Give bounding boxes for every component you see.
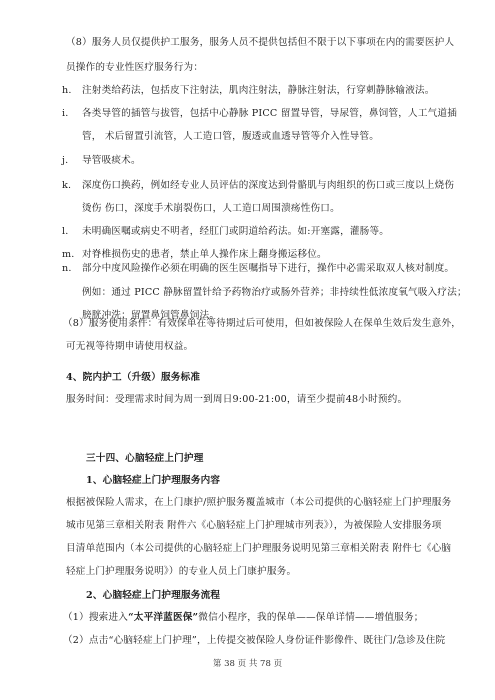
chapter34-sub2-step2: （2）点击“心脑轻症上门护理”，上传提交被保险人身份证件影像件、既往门/急诊及住… xyxy=(63,635,445,647)
list-item-text: 深度伤口换药，例如经专业人员评估的深度达到骨骼肌与肉组织的伤口或三度以上烧伤 xyxy=(82,180,454,192)
list-marker: n. xyxy=(62,263,72,275)
list-marker: m. xyxy=(62,249,75,261)
list-marker: i. xyxy=(62,108,69,120)
list-item-text: 导管吸痰术。 xyxy=(82,155,141,167)
chapter34-sub1-line2: 城市见第三章相关附表 附件六《心脑轻症上门护理城市列表》），为被保险人安排服务项 xyxy=(66,520,442,532)
paragraph-usage-line2: 可无视等待期申请使用权益。 xyxy=(66,341,193,353)
list-item-text: 各类导管的插管与拔管，包括中心静脉 PICC 留置导管，导尿管，鼻饲管，人工气道… xyxy=(82,108,457,120)
step1-prefix: （1）搜索进入 xyxy=(63,612,128,623)
step1-suffix: 微信小程序，我的保单——保单详情——增值服务； xyxy=(198,612,423,623)
list-item-text: 对脊椎损伤史的患者，禁止单人操作床上翻身搬运移位。 xyxy=(82,249,327,261)
list-marker: j. xyxy=(62,155,68,167)
chapter34-sub1-line4: 轻症上门护理服务说明》）的专业人员上门康护服务。 xyxy=(66,566,296,578)
list-item-text: 烫伤 伤口，深度手术崩裂伤口，人工造口周围溃疡性伤口。 xyxy=(82,203,340,215)
chapter34-sub1-line1: 根据被保险人需求，在上门康护/照护服务覆盖城市（本公司提供的心脑轻症上门护理服务 xyxy=(66,497,451,509)
paragraph-service-scope-line1: （8）服务人员仅提供护工服务，服务人员不提供包括但不限于以下事项在内的需要医护人 xyxy=(66,37,454,49)
step1-app-name: “太平洋蓝医保” xyxy=(128,612,198,623)
page-number-footer: 第 38 页 共 78 页 xyxy=(0,657,495,669)
list-marker: k. xyxy=(62,180,71,192)
paragraph-service-scope-line2: 员操作的专业性医疗服务行为： xyxy=(66,62,203,74)
section4-service-time: 服务时间：受理需求时间为周一到周日9:00-21:00，请至少提前48小时预约。 xyxy=(66,394,407,406)
list-item-text: 例如：通过 PICC 静脉留置针给予药物治疗或肠外营养；非持续性低浓度氧气吸入疗… xyxy=(82,287,467,299)
chapter34-sub2-heading: 2、心脑轻症上门护理服务流程 xyxy=(86,590,220,602)
list-item-text: 部分中度风险操作必须在明确的医生医嘱指导下进行，操作中必需采取双人核对制度。 xyxy=(82,263,454,275)
section4-heading: 4、院内护工（升级）服务标准 xyxy=(66,372,200,384)
chapter34-sub2-step1: （1）搜索进入“太平洋蓝医保”微信小程序，我的保单——保单详情——增值服务； xyxy=(63,612,424,624)
list-marker: l. xyxy=(62,226,69,238)
chapter34-sub1-heading: 1、心脑轻症上门护理服务内容 xyxy=(86,475,220,487)
list-item-text: 注射类给药法，包括皮下注射法，肌肉注射法，静脉注射法，行穿刺静脉输液法。 xyxy=(82,85,435,97)
chapter34-heading: 三十四、心脑轻症上门护理 xyxy=(86,453,204,465)
chapter34-sub1-line3: 目清单范围内（本公司提供的心脑轻症上门护理服务说明见第三章相关附表 附件七《心脑 xyxy=(66,543,451,555)
list-item-text: 未明确医嘱或病史不明者，经肛门或阴道给药法。如:开塞露，灌肠等。 xyxy=(82,226,389,238)
document-page: （8）服务人员仅提供护工服务，服务人员不提供包括但不限于以下事项在内的需要医护人… xyxy=(0,0,495,700)
list-item-text: 管， 术后留置引流管，人工造口管，腹透或血透导管等介入性导管。 xyxy=(82,131,379,143)
list-marker: h. xyxy=(62,85,72,97)
paragraph-usage-line1: （8）服务使用条件：有效保单在等待期过后可使用，但如被保险人在保单生效后发生意外… xyxy=(63,318,461,330)
